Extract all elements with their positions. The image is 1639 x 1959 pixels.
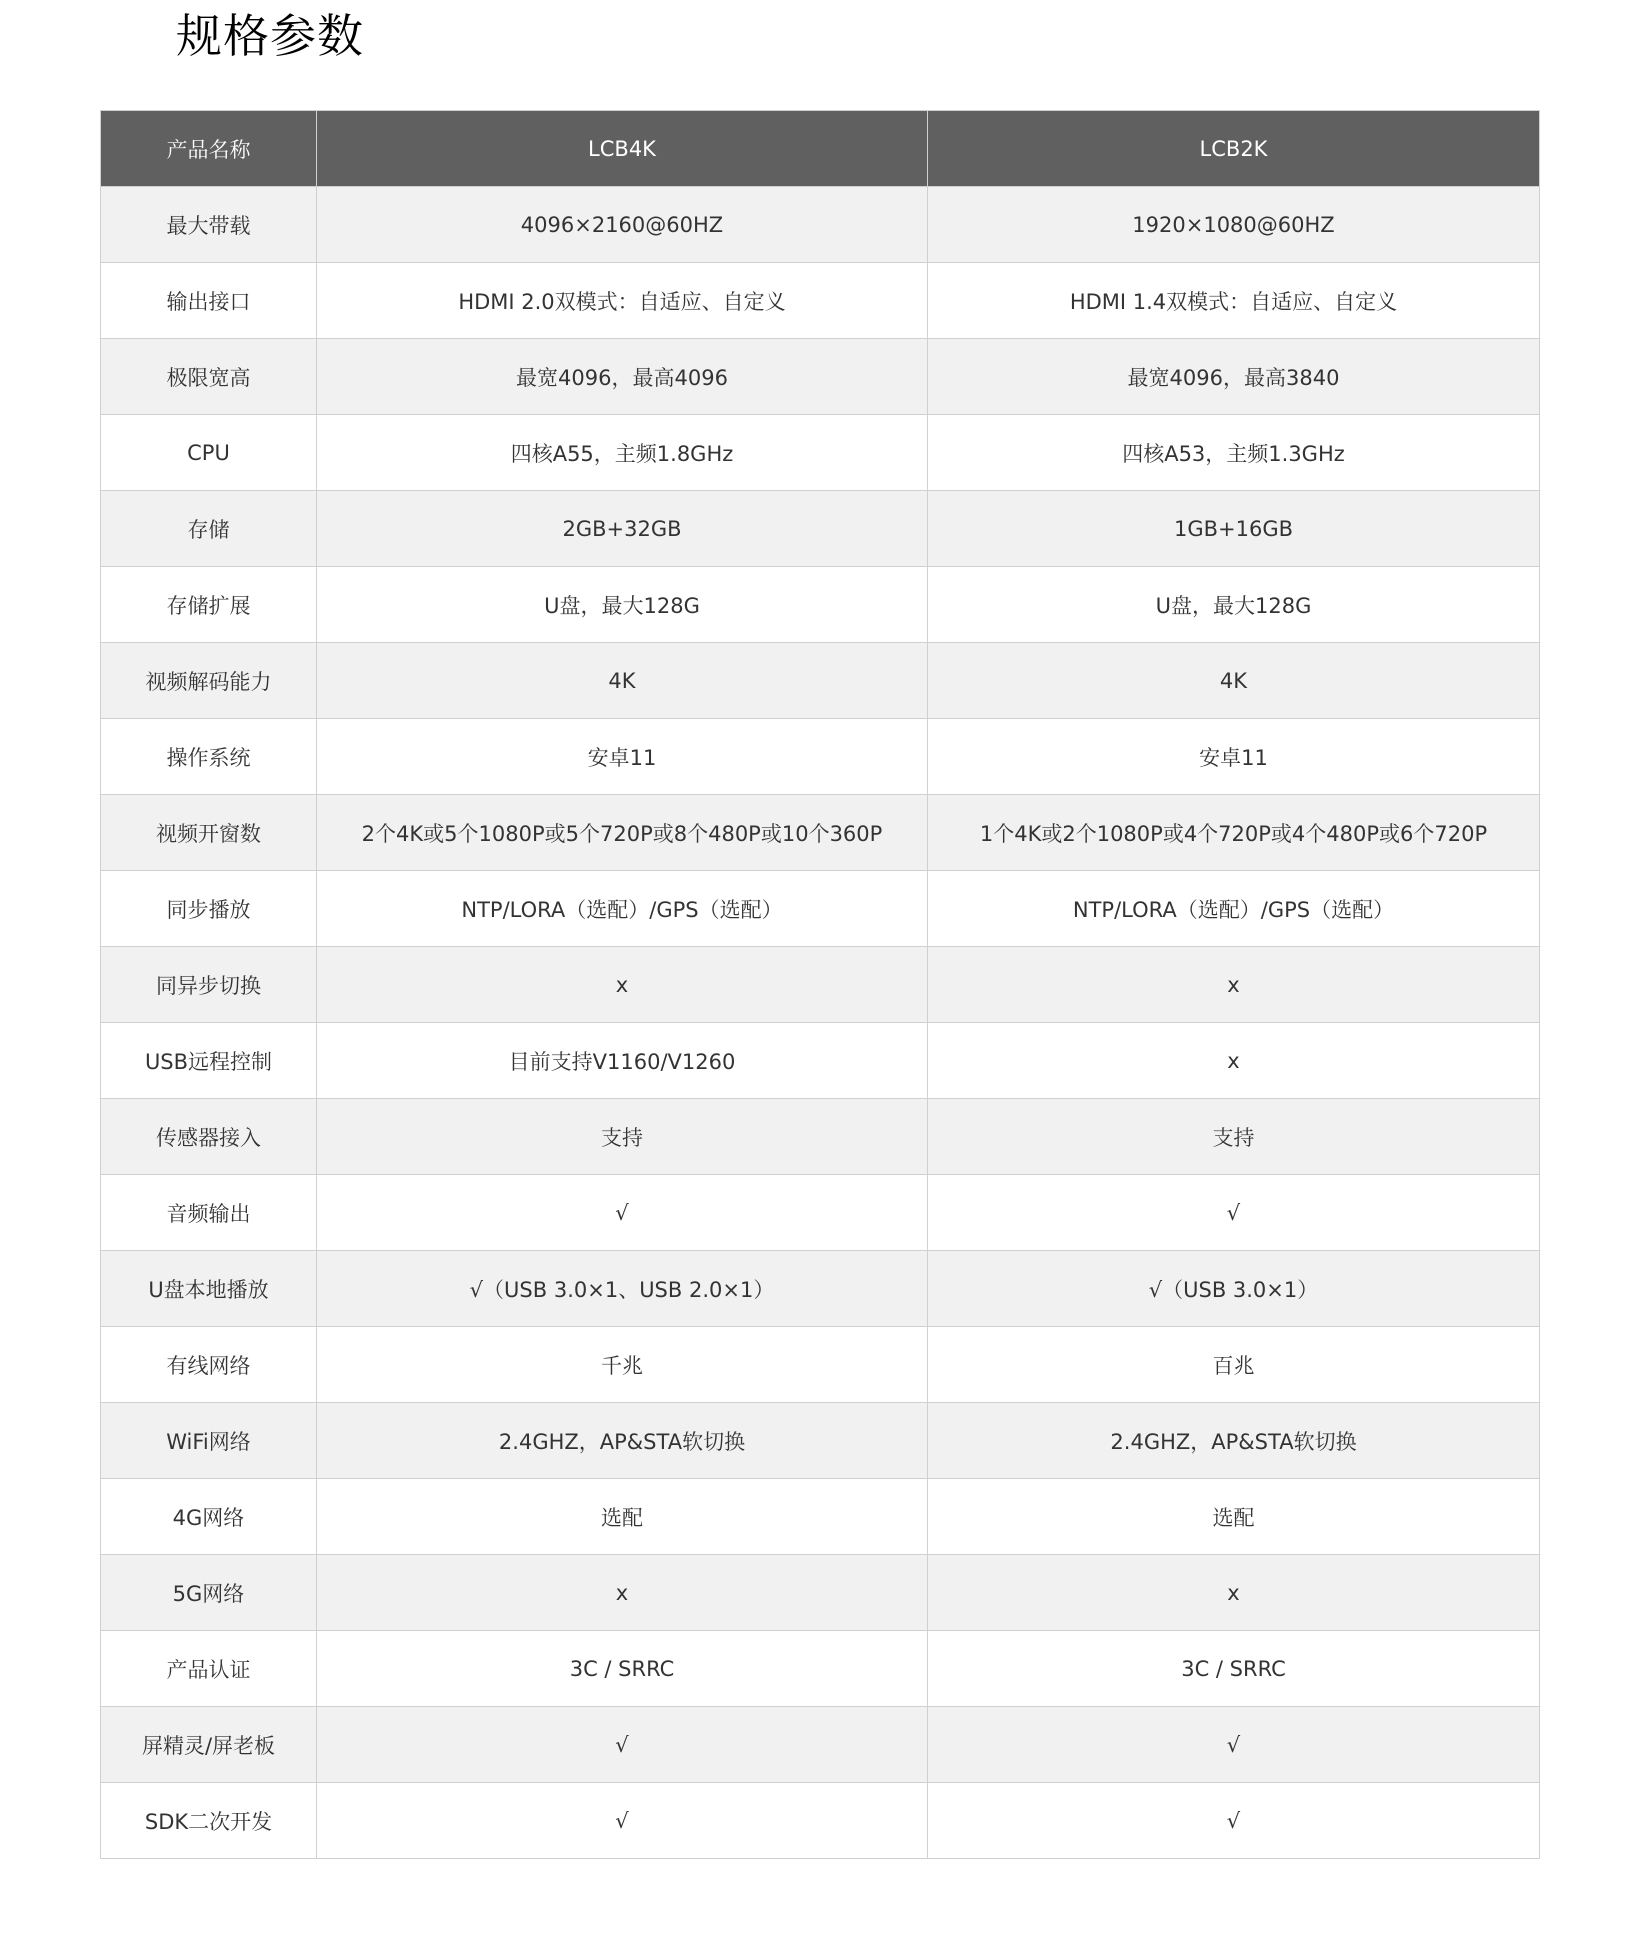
spec-table: 产品名称 LCB4K LCB2K 最大带载4096×2160@60HZ1920×… [100,110,1540,1859]
table-row: SDK二次开发√√ [101,1783,1540,1859]
lcb2k-value: x [928,1555,1540,1631]
lcb2k-value: NTP/LORA（选配）/GPS（选配） [928,871,1540,947]
lcb4k-value: 2GB+32GB [317,491,928,567]
table-row: 操作系统安卓11安卓11 [101,719,1540,795]
lcb2k-value: √ [928,1707,1540,1783]
row-label: WiFi网络 [101,1403,317,1479]
lcb4k-value: √ [317,1707,928,1783]
lcb4k-value: 目前支持V1160/V1260 [317,1023,928,1099]
lcb2k-value: √（USB 3.0×1） [928,1251,1540,1327]
lcb2k-value: √ [928,1175,1540,1251]
table-row: 音频输出√√ [101,1175,1540,1251]
lcb4k-value: 选配 [317,1479,928,1555]
row-label: CPU [101,415,317,491]
spec-table-body: 最大带载4096×2160@60HZ1920×1080@60HZ输出接口HDMI… [101,187,1540,1859]
row-label: SDK二次开发 [101,1783,317,1859]
row-label: 同步播放 [101,871,317,947]
lcb2k-value: 最宽4096，最高3840 [928,339,1540,415]
lcb2k-value: 2.4GHZ，AP&STA软切换 [928,1403,1540,1479]
lcb2k-value: 4K [928,643,1540,719]
table-row: 同异步切换xx [101,947,1540,1023]
table-row: USB远程控制目前支持V1160/V1260x [101,1023,1540,1099]
lcb4k-value: 最宽4096，最高4096 [317,339,928,415]
lcb4k-value: 四核A55，主频1.8GHz [317,415,928,491]
row-label: 音频输出 [101,1175,317,1251]
row-label: 视频解码能力 [101,643,317,719]
table-row: 极限宽高最宽4096，最高4096最宽4096，最高3840 [101,339,1540,415]
lcb2k-value: 1920×1080@60HZ [928,187,1540,263]
lcb2k-value: x [928,1023,1540,1099]
table-row: 存储扩展U盘，最大128GU盘，最大128G [101,567,1540,643]
lcb4k-value: 2个4K或5个1080P或5个720P或8个480P或10个360P [317,795,928,871]
lcb2k-value: 选配 [928,1479,1540,1555]
row-label: 传感器接入 [101,1099,317,1175]
spec-table-header: 产品名称 LCB4K LCB2K [101,111,1540,187]
lcb4k-value: NTP/LORA（选配）/GPS（选配） [317,871,928,947]
lcb2k-value: 四核A53，主频1.3GHz [928,415,1540,491]
row-label: 最大带载 [101,187,317,263]
lcb4k-value: √ [317,1783,928,1859]
lcb2k-value: U盘，最大128G [928,567,1540,643]
lcb4k-value: √（USB 3.0×1、USB 2.0×1） [317,1251,928,1327]
lcb2k-value: 1个4K或2个1080P或4个720P或4个480P或6个720P [928,795,1540,871]
row-label: 操作系统 [101,719,317,795]
header-product-name: 产品名称 [101,111,317,187]
table-row: 产品认证3C / SRRC3C / SRRC [101,1631,1540,1707]
row-label: U盘本地播放 [101,1251,317,1327]
row-label: 存储 [101,491,317,567]
row-label: 极限宽高 [101,339,317,415]
row-label: 5G网络 [101,1555,317,1631]
table-row: U盘本地播放√（USB 3.0×1、USB 2.0×1）√（USB 3.0×1） [101,1251,1540,1327]
row-label: 有线网络 [101,1327,317,1403]
lcb2k-value: √ [928,1783,1540,1859]
lcb2k-value: 百兆 [928,1327,1540,1403]
lcb2k-value: 支持 [928,1099,1540,1175]
table-row: 5G网络xx [101,1555,1540,1631]
lcb4k-value: 安卓11 [317,719,928,795]
row-label: 4G网络 [101,1479,317,1555]
table-row: 同步播放NTP/LORA（选配）/GPS（选配）NTP/LORA（选配）/GPS… [101,871,1540,947]
lcb2k-value: x [928,947,1540,1023]
table-row: 视频解码能力4K4K [101,643,1540,719]
lcb4k-value: 3C / SRRC [317,1631,928,1707]
lcb4k-value: 2.4GHZ，AP&STA软切换 [317,1403,928,1479]
lcb2k-value: 3C / SRRC [928,1631,1540,1707]
table-row: 4G网络选配选配 [101,1479,1540,1555]
table-row: 视频开窗数2个4K或5个1080P或5个720P或8个480P或10个360P1… [101,795,1540,871]
lcb4k-value: 4K [317,643,928,719]
header-lcb2k: LCB2K [928,111,1540,187]
row-label: 产品认证 [101,1631,317,1707]
table-row: 输出接口HDMI 2.0双模式：自适应、自定义HDMI 1.4双模式：自适应、自… [101,263,1540,339]
header-lcb4k: LCB4K [317,111,928,187]
header-row: 产品名称 LCB4K LCB2K [101,111,1540,187]
lcb2k-value: HDMI 1.4双模式：自适应、自定义 [928,263,1540,339]
lcb4k-value: √ [317,1175,928,1251]
lcb4k-value: HDMI 2.0双模式：自适应、自定义 [317,263,928,339]
page-title: 规格参数 [176,6,364,66]
row-label: 屏精灵/屏老板 [101,1707,317,1783]
table-row: CPU四核A55，主频1.8GHz四核A53，主频1.3GHz [101,415,1540,491]
table-row: 屏精灵/屏老板√√ [101,1707,1540,1783]
lcb4k-value: 4096×2160@60HZ [317,187,928,263]
table-row: 最大带载4096×2160@60HZ1920×1080@60HZ [101,187,1540,263]
table-row: 有线网络千兆百兆 [101,1327,1540,1403]
lcb4k-value: x [317,1555,928,1631]
row-label: USB远程控制 [101,1023,317,1099]
lcb2k-value: 安卓11 [928,719,1540,795]
lcb4k-value: x [317,947,928,1023]
row-label: 同异步切换 [101,947,317,1023]
row-label: 存储扩展 [101,567,317,643]
lcb4k-value: 千兆 [317,1327,928,1403]
table-row: WiFi网络2.4GHZ，AP&STA软切换2.4GHZ，AP&STA软切换 [101,1403,1540,1479]
lcb2k-value: 1GB+16GB [928,491,1540,567]
lcb4k-value: 支持 [317,1099,928,1175]
table-row: 存储2GB+32GB1GB+16GB [101,491,1540,567]
row-label: 视频开窗数 [101,795,317,871]
row-label: 输出接口 [101,263,317,339]
table-row: 传感器接入支持支持 [101,1099,1540,1175]
lcb4k-value: U盘，最大128G [317,567,928,643]
